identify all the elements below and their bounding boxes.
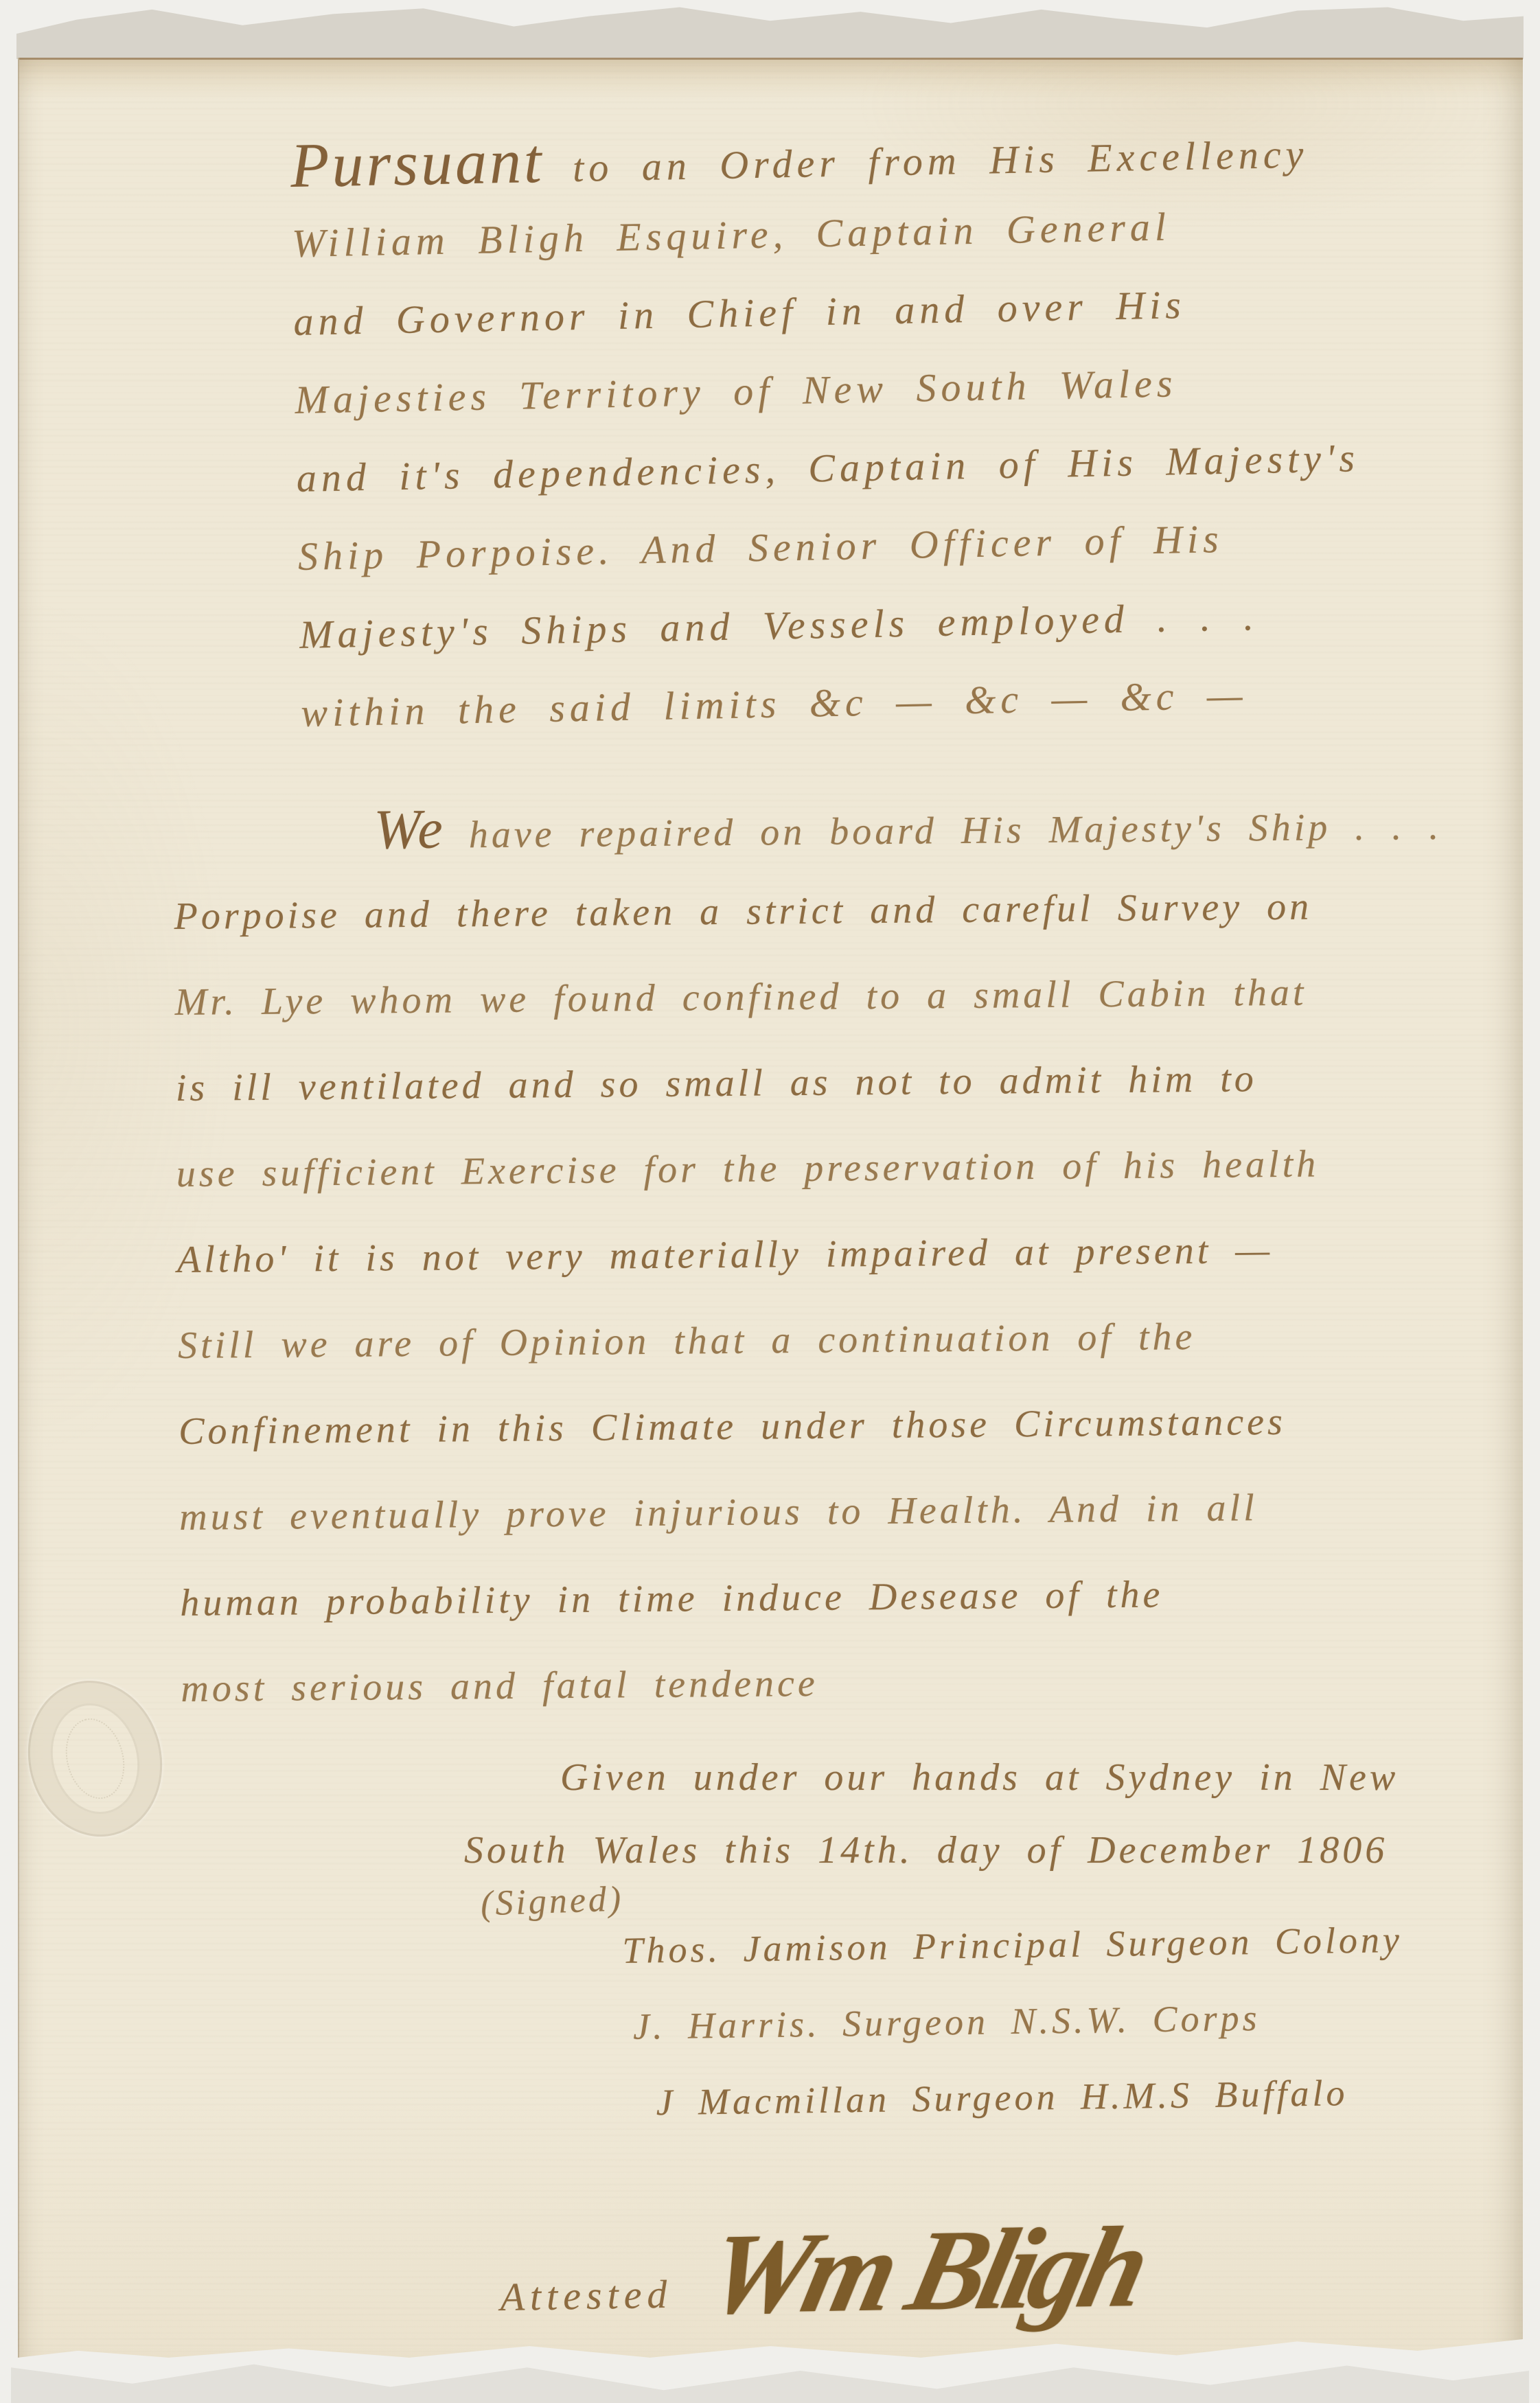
body-line: Altho' it is not very materially impaire… [176, 1206, 1509, 1303]
body-line: Still we are of Opinion that a continuat… [178, 1291, 1510, 1389]
body-line: Confinement in this Climate under those … [179, 1377, 1511, 1475]
embossed-seal [12, 1666, 179, 1851]
signed-label: (Signed) [480, 1878, 624, 1924]
preamble-block: Pursuant to an Order from His Excellency… [290, 103, 1530, 752]
signature-line: J Macmillan Surgeon H.M.S Buffalo [624, 2054, 1405, 2141]
body-line: use sufficient Exercise for the preserva… [176, 1120, 1508, 1217]
body-line: most serious and fatal tendence [181, 1635, 1513, 1732]
closing-line: South Wales this 14th. day of December 1… [464, 1814, 1399, 1887]
bligh-signature: Wm Bligh [695, 2200, 1155, 2341]
body-lead-rest: have repaired on board His Majesty's Shi… [469, 805, 1443, 856]
signature-line: Thos. Jamison Principal Surgeon Colony [622, 1902, 1403, 1989]
closing-line: Given under our hands at Sydney in New [464, 1741, 1399, 1814]
manuscript-page: Pursuant to an Order from His Excellency… [18, 58, 1523, 2365]
embossed-seal-inner-ring [58, 1712, 133, 1806]
body-line: must eventually prove injurious to Healt… [179, 1463, 1512, 1561]
scanned-document: Pursuant to an Order from His Excellency… [0, 0, 1540, 2403]
attested-label: Attested [500, 2271, 673, 2320]
body-lead-word: We [373, 798, 445, 861]
preamble-opening-rest: to an Order from His Excellency [572, 132, 1308, 191]
signature-line: J. Harris. Surgeon N.S.W. Corps [623, 1978, 1404, 2065]
body-line: human probability in time induce Desease… [180, 1549, 1513, 1646]
paper-top-edge [19, 58, 1523, 60]
body-block: We have repaired on board His Majesty's … [173, 777, 1513, 1732]
body-line: Mr. Lye whom we found confined to a smal… [174, 948, 1507, 1046]
body-line: We have repaired on board His Majesty's … [173, 777, 1506, 874]
attestation-block: Attested Wm Bligh [498, 2201, 1140, 2345]
body-line: is ill ventilated and so small as not to… [175, 1034, 1508, 1131]
signatures-block: Thos. Jamison Principal Surgeon Colony J… [622, 1902, 1405, 2141]
closing-block: Given under our hands at Sydney in New S… [464, 1741, 1399, 1887]
body-line: Porpoise and there taken a strict and ca… [174, 862, 1506, 960]
preamble-opening-word: Pursuant [290, 126, 544, 200]
torn-edge-top [16, 3, 1524, 59]
